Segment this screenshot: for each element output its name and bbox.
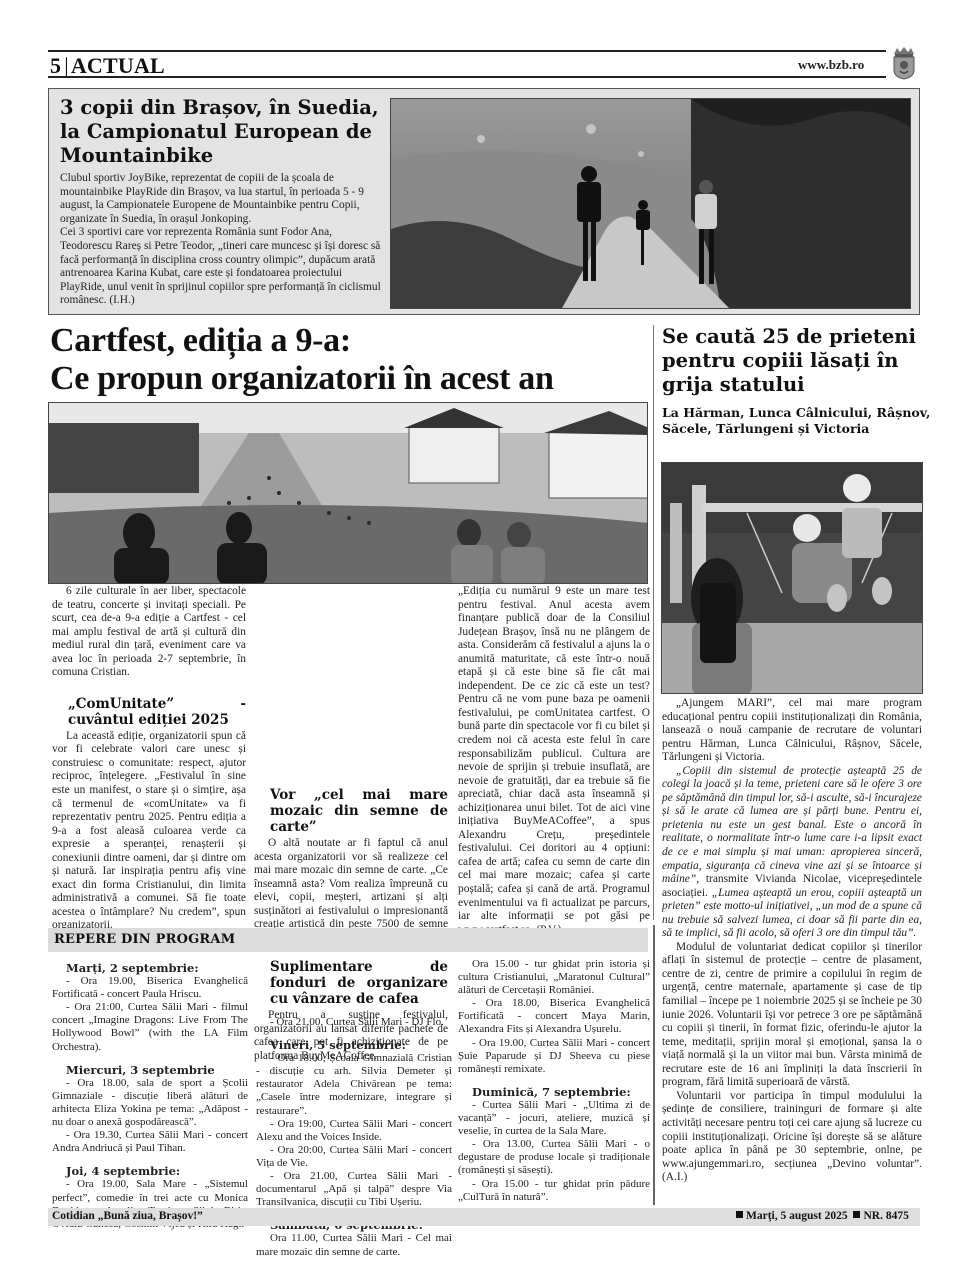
volunteer-article-body: „Ajungem MARI”, cel mai mare program edu… — [662, 697, 922, 1185]
program-item: - Ora 15.00 - tur ghidat prin pădure „Cu… — [458, 1178, 650, 1204]
cartfest-headline-line1: Cartfest, ediția a 9-a: — [50, 322, 650, 360]
program-item: - Ora 19.00, Biserica Evanghelică Fortif… — [52, 975, 248, 1001]
column-divider — [653, 325, 654, 920]
program-item: - Ora 19:00, Curtea Sălii Mari - concert… — [256, 1118, 452, 1144]
volunteer-paragraph-apply: Voluntarii vor participa în timpul modul… — [662, 1090, 922, 1185]
square-bullet-icon — [736, 1211, 743, 1218]
photo-festival-crowd-street — [48, 402, 648, 584]
program-item: - Ora 18.00, sala de sport a Școlii Gimn… — [52, 1077, 248, 1129]
program-item: Ora 15.00 - tur ghidat prin istoria și c… — [458, 958, 650, 997]
volunteer-paragraph-quote: „Copiii din sistemul de protecție așteap… — [662, 765, 922, 941]
square-bullet-icon — [853, 1211, 860, 1218]
program-column-1: Marți, 2 septembrie: - Ora 19.00, Biseri… — [52, 958, 248, 1231]
program-item: - Ora 19.30, Curtea Sălii Mari - concert… — [52, 1129, 248, 1155]
photo-children-swing — [661, 462, 923, 694]
program-item: - Ora 21.00, Curtea Sălii Mari - documen… — [256, 1170, 452, 1209]
featured-article-body: Clubul sportiv JoyBike, reprezentat de c… — [60, 172, 382, 308]
volunteer-paragraph-intro: „Ajungem MARI”, cel mai mare program edu… — [662, 697, 922, 765]
program-day: Miercuri, 3 septembrie — [52, 1064, 248, 1077]
cartfest-column-1: 6 zile culturale în aer liber, spectacol… — [52, 585, 246, 933]
cartfest-column-3: „Ediția cu numărul 9 este un mare test p… — [458, 585, 650, 937]
program-item: - Ora 13.00, Curtea Sălii Mari - o degus… — [458, 1138, 650, 1177]
cartfest-subheading-cafea: Suplimentare de fonduri de organizare cu… — [254, 959, 448, 1007]
cartfest-quote-text: „Ediția cu numărul 9 este un mare test p… — [458, 585, 650, 937]
volunteer-quote-italic: „Copiii din sistemul de protecție așteap… — [662, 765, 922, 885]
program-title: REPERE DIN PROGRAM — [54, 932, 235, 947]
section-name: ACTUAL — [71, 53, 165, 78]
section-separator: | — [64, 53, 69, 78]
footer-publication: Cotidian „Bună ziua, Brașov!” — [52, 1210, 203, 1222]
volunteer-paragraph-module: Modulul de voluntariat dedicat copiilor … — [662, 941, 922, 1090]
program-day: Marți, 2 septembrie: — [52, 962, 248, 975]
cartfest-intro: 6 zile culturale în aer liber, spectacol… — [52, 585, 246, 680]
cartfest-subheading-comunitate: „ComUnitate” - cuvântul ediției 2025 — [52, 696, 246, 728]
program-item: Ora 11.00, Curtea Sălii Mari - Cel mai m… — [256, 1232, 452, 1258]
right-column-rule — [653, 925, 655, 1205]
volunteer-article-title: Se caută 25 de prieteni pentru copiii lă… — [662, 325, 942, 397]
page-number: 5 — [50, 53, 61, 78]
city-crest-icon — [890, 46, 918, 80]
cartfest-comunitate-text: La această ediție, organizatorii spun că… — [52, 730, 246, 933]
cartfest-subheading-mozaic: Vor „cel mai mare mozaic din semne de ca… — [254, 787, 448, 835]
website-link[interactable]: www.bzb.ro — [798, 57, 864, 73]
footer-issue-info: Marți, 5 august 2025 NR. 8475 — [736, 1210, 909, 1222]
program-item: - Ora 21:00, Curtea Sălii Mari - filmul … — [52, 1001, 248, 1053]
program-item: - Ora 21.00, Curtea Sălii Mari - DJ Flo. — [256, 1016, 452, 1029]
header-top-rule — [48, 50, 886, 52]
cartfest-headline: Cartfest, ediția a 9-a: Ce propun organi… — [50, 322, 650, 398]
footer-date: Marți, 5 august 2025 — [746, 1210, 848, 1222]
program-day: Joi, 4 septembrie: — [52, 1165, 248, 1178]
footer-issue-number: NR. 8475 — [863, 1210, 908, 1222]
program-item: - Ora 19.00, Curtea Sălii Mari - concert… — [458, 1037, 650, 1076]
cartfest-headline-line2: Ce propun organizatorii în acest an — [50, 360, 650, 398]
program-column-3: Ora 15.00 - tur ghidat prin istoria și c… — [458, 958, 650, 1204]
program-item: - Ora 18.00, Școala Gimnazială Cristian … — [256, 1052, 452, 1117]
program-day: Vineri, 5 septembrie: — [256, 1039, 452, 1052]
header-bottom-rule — [48, 76, 886, 78]
featured-article-paragraph: Clubul sportiv JoyBike, reprezentat de c… — [60, 172, 382, 226]
program-day: Duminică, 7 septembrie: — [458, 1086, 650, 1099]
program-item: - Ora 18.00, Biserica Evanghelică Fortif… — [458, 997, 650, 1036]
featured-article-paragraph: Cei 3 sportivi care vor reprezenta Român… — [60, 226, 382, 308]
program-item: - Ora 20:00, Curtea Sălii Mari - concert… — [256, 1144, 452, 1170]
featured-article-title: 3 copii din Brașov, în Suedia, la Campio… — [60, 96, 380, 168]
volunteer-article-subtitle: La Hărman, Lunca Câlnicului, Râșnov, Săc… — [662, 405, 932, 437]
program-item: - Curtea Sălii Mari - „Ultima zi de vaca… — [458, 1099, 650, 1138]
photo-mountainbike-riders — [390, 98, 911, 309]
